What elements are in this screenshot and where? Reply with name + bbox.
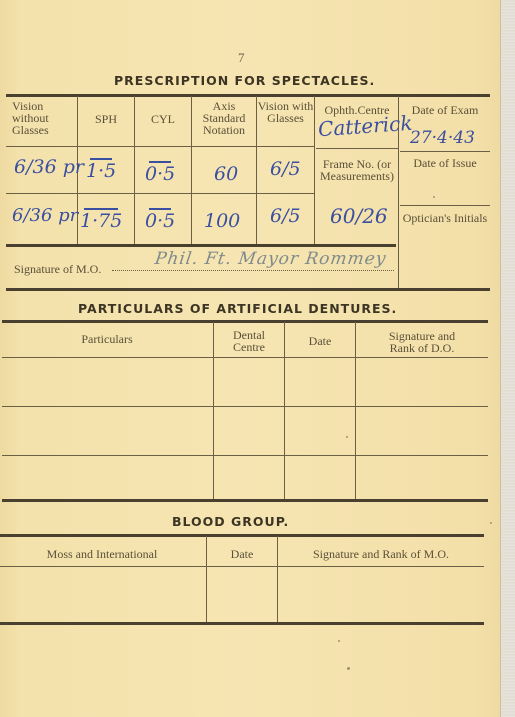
cyl-row2: 0·5: [145, 210, 175, 232]
paper-speck: [433, 196, 435, 198]
dentures-title: PARTICULARS OF ARTIFICIAL DENTURES.: [78, 301, 397, 316]
sph-row2: 1·75: [80, 210, 122, 232]
page-binding-edge: [500, 0, 515, 717]
document-page: 7 PRESCRIPTION FOR SPECTACLES. Vision wi…: [0, 0, 500, 717]
paper-speck: [346, 436, 348, 438]
signature-mo-value[interactable]: Phil. Ft. Mayor Rommey: [154, 249, 388, 269]
sph-row1: 1·5: [86, 160, 116, 182]
cyl-value[interactable]: 0·5: [145, 210, 175, 232]
vision-without-value[interactable]: 6/36 pr: [12, 205, 78, 226]
denture-row[interactable]: [2, 456, 488, 498]
vision-with-value[interactable]: 6/5: [270, 158, 301, 180]
blood-group-title: BLOOD GROUP.: [172, 514, 289, 529]
spectacles-top-rule: [6, 94, 490, 97]
blood-group-row[interactable]: [0, 567, 484, 621]
date-of-issue-label: Date of Issue: [400, 157, 490, 169]
vision-with-value[interactable]: 6/5: [270, 205, 301, 227]
spectacles-bottom-rule: [6, 288, 490, 291]
vision-without-value[interactable]: 6/36 pr: [14, 156, 84, 178]
row-rule: [316, 148, 398, 149]
paper-speck: [490, 522, 492, 524]
spectacles-mid-rule: [6, 244, 396, 247]
header-signature-mo: Signature and Rank of M.O.: [278, 548, 484, 560]
header-moss: Moss and International: [0, 548, 204, 560]
header-date: Date: [285, 335, 355, 347]
blood-top-rule: [0, 534, 484, 537]
sph-value[interactable]: 1·75: [80, 210, 122, 232]
sph-value[interactable]: 1·5: [86, 160, 116, 182]
header-vision-with: Vision with Glasses: [257, 100, 314, 124]
opticians-initials-label: Optician's Initials: [400, 212, 490, 224]
paper-speck: [338, 640, 340, 642]
header-date-of-exam: Date of Exam: [400, 104, 490, 116]
signature-mo-label: Signature of M.O.: [14, 262, 101, 277]
cyl-row1: 0·5: [145, 163, 175, 185]
header-date: Date: [207, 548, 277, 560]
cyl-value[interactable]: 0·5: [145, 163, 175, 185]
spectacles-title: PRESCRIPTION FOR SPECTACLES.: [114, 73, 375, 88]
frame-label: Frame No. (or Measurements): [316, 158, 398, 182]
denture-row[interactable]: [2, 358, 488, 406]
dentures-bottom-rule: [2, 499, 488, 502]
header-dental-centre: Dental Centre: [214, 329, 284, 353]
dentures-top-rule: [2, 320, 488, 323]
header-cyl: CYL: [135, 113, 191, 125]
paper-speck: [347, 667, 350, 670]
denture-row[interactable]: [2, 407, 488, 455]
header-sph: SPH: [78, 113, 134, 125]
row-rule: [400, 205, 490, 206]
row-rule: [6, 146, 314, 147]
header-vision-without: Vision without Glasses: [8, 100, 78, 136]
divider: [314, 96, 315, 244]
blood-bottom-rule: [0, 622, 484, 625]
axis-value[interactable]: 100: [204, 210, 240, 232]
axis-value[interactable]: 60: [214, 163, 238, 185]
header-signature-do: Signature and Rank of D.O.: [356, 330, 488, 354]
row-rule: [400, 151, 490, 152]
frame-value[interactable]: 60/26: [330, 204, 388, 228]
date-of-exam-value[interactable]: 27·4·43: [410, 128, 475, 148]
row-rule: [6, 193, 314, 194]
page-number: 7: [238, 50, 245, 66]
signature-mo-line: [112, 270, 394, 271]
header-axis: Axis Standard Notation: [192, 100, 256, 136]
header-particulars: Particulars: [2, 333, 212, 345]
